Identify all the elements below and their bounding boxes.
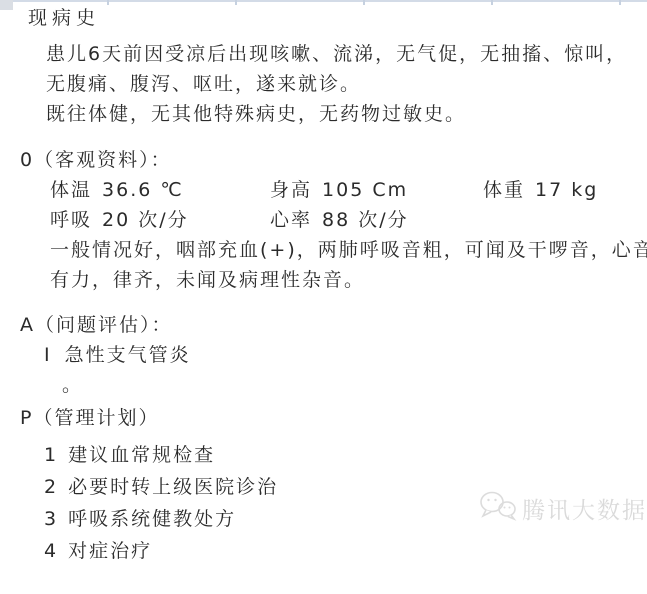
vital-temperature: 体温36.6 ℃ [50,175,270,205]
wechat-icon [478,489,518,527]
plan-item-text: 必要时转上级医院诊治 [68,476,278,498]
plan-item-number: 1 [44,439,58,471]
vital-label: 心率 [270,209,312,231]
vital-height: 身高105 Cm [270,175,483,205]
exam-line: 一般情况好，咽部充血(+)，两肺呼吸音粗，可闻及干啰音，心音 [50,235,647,265]
vitals-row: 体温36.6 ℃ 身高105 Cm 体重17 kg [50,175,647,205]
plan-item: 4对症治疗 [44,535,647,567]
present-illness-body: 患儿6天前因受凉后出现咳嗽、流涕，无气促，无抽搐、惊叫， 无腹痛、腹泻、呕吐，遂… [0,39,647,129]
present-illness-line: 既往体健，无其他特殊病史，无药物过敏史。 [46,99,647,129]
top-border-tick [363,0,365,5]
plan-item-number: 4 [44,535,58,567]
plan-item-number: 2 [44,471,58,503]
top-border-artifact [0,0,647,2]
assessment-item: I急性支气管炎 [0,340,647,370]
assessment-item-text: 急性支气管炎 [65,344,191,366]
vital-respiration: 呼吸20 次/分 [50,205,270,235]
plan-item-text: 呼吸系统健教处方 [68,508,236,530]
vitals-row: 呼吸20 次/分 心率88 次/分 [50,205,647,235]
vitals-table: 体温36.6 ℃ 身高105 Cm 体重17 kg 呼吸20 次/分 心率88 … [0,175,647,235]
section-objective: 0（客观资料）： 体温36.6 ℃ 身高105 Cm 体重17 kg 呼吸20 … [0,145,647,295]
vital-value: 105 Cm [322,179,408,201]
plan-heading: P（管理计划） [0,403,647,433]
vital-empty-cell [483,205,647,235]
medical-record-document: 现病史 患儿6天前因受凉后出现咳嗽、流涕，无气促，无抽搐、惊叫， 无腹痛、腹泻、… [0,0,647,594]
vital-value: 88 次/分 [322,209,409,231]
plan-item-text: 对症治疗 [68,540,152,562]
assessment-heading: A（问题评估）： [0,310,647,340]
top-border-tick [491,0,493,5]
top-border-tick [107,0,109,5]
present-illness-line: 患儿6天前因受凉后出现咳嗽、流涕，无气促，无抽搐、惊叫， [46,39,647,69]
vital-heart-rate: 心率88 次/分 [270,205,483,235]
present-illness-line: 无腹痛、腹泻、呕吐，遂来就诊。 [46,69,647,99]
vital-value: 36.6 ℃ [102,179,184,201]
exam-line: 有力，律齐，未闻及病理性杂音。 [50,265,647,295]
vital-value: 20 次/分 [102,209,189,231]
top-border-tick [619,0,621,5]
present-illness-title: 现病史 [0,0,647,31]
plan-item-number: 3 [44,503,58,535]
top-left-corner-artifact [0,0,13,10]
plan-item-text: 建议血常规检查 [68,444,215,466]
top-border-tick [235,0,237,5]
physical-exam-findings: 一般情况好，咽部充血(+)，两肺呼吸音粗，可闻及干啰音，心音 有力，律齐，未闻及… [0,235,647,295]
plan-item: 1建议血常规检查 [44,439,647,471]
section-assessment: A（问题评估）： I急性支气管炎 。 [0,310,647,400]
section-present-illness: 现病史 患儿6天前因受凉后出现咳嗽、流涕，无气促，无抽搐、惊叫， 无腹痛、腹泻、… [0,0,647,129]
assessment-item-number: I [44,340,52,370]
watermark: 腾讯大数据 [478,489,647,527]
watermark-label: 腾讯大数据 [522,492,647,525]
vital-value: 17 kg [535,179,598,201]
vital-label: 体重 [483,179,525,201]
section-plan: P（管理计划） 1建议血常规检查 2必要时转上级医院诊治 3呼吸系统健教处方 4… [0,403,647,567]
objective-heading: 0（客观资料）： [0,145,647,175]
vital-label: 体温 [50,179,92,201]
vital-weight: 体重17 kg [483,175,647,205]
vital-label: 呼吸 [50,209,92,231]
vital-label: 身高 [270,179,312,201]
assessment-trailing-punctuation: 。 [0,370,647,400]
